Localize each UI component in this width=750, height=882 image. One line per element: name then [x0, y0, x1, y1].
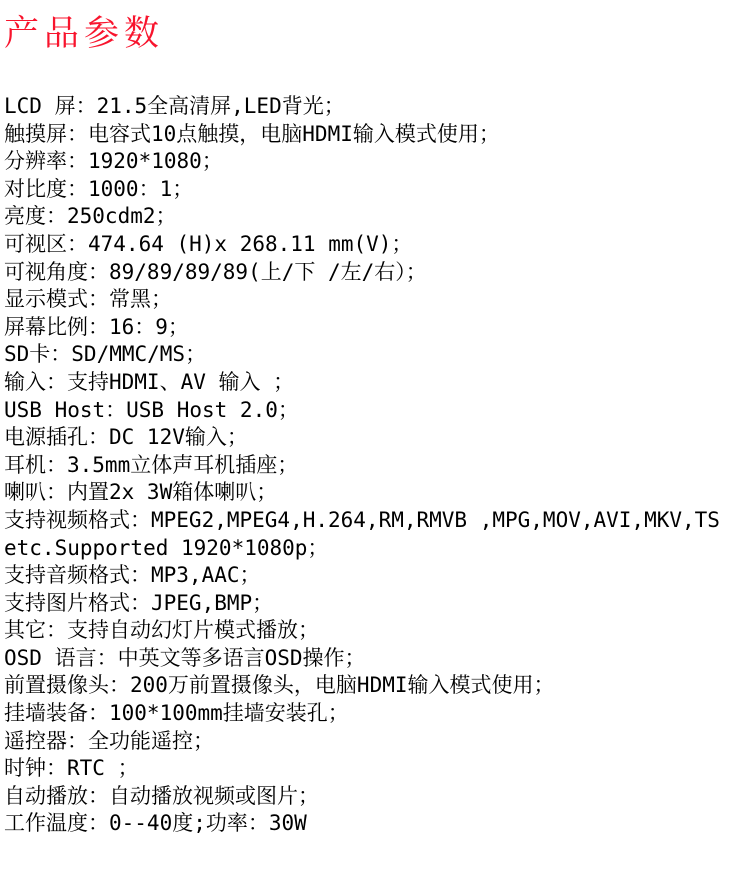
spec-line: OSD 语言：中英文等多语言OSD操作；	[4, 645, 744, 673]
spec-line: 亮度：250cdm2；	[4, 203, 744, 231]
spec-line: 时钟：RTC ；	[4, 755, 744, 783]
spec-line: 工作温度：0--40度;功率：30W	[4, 810, 744, 838]
spec-line: 可视角度：89/89/89/89(上/下 /左/右）；	[4, 259, 744, 287]
spec-line: USB Host：USB Host 2.0；	[4, 397, 744, 425]
spec-line: 显示模式：常黑；	[4, 286, 744, 314]
product-parameters-page: 产品参数 LCD 屏：21.5全高清屏,LED背光；触摸屏：电容式10点触摸，电…	[0, 0, 750, 882]
page-title: 产品参数	[4, 12, 744, 55]
spec-line: 其它：支持自动幻灯片模式播放；	[4, 617, 744, 645]
spec-line: 分辨率：1920*1080；	[4, 148, 744, 176]
spec-line: LCD 屏：21.5全高清屏,LED背光；	[4, 93, 744, 121]
spec-line: SD卡：SD/MMC/MS；	[4, 341, 744, 369]
spec-line: 可视区：474.64 (H)x 268.11 mm(V)；	[4, 231, 744, 259]
spec-line: 屏幕比例：16：9；	[4, 314, 744, 342]
spec-line: 前置摄像头：200万前置摄像头，电脑HDMI输入模式使用；	[4, 672, 744, 700]
spec-line: 对比度：1000：1；	[4, 176, 744, 204]
spec-line: 电源插孔：DC 12V输入；	[4, 424, 744, 452]
spec-line: 自动播放：自动播放视频或图片；	[4, 783, 744, 811]
spec-line: 挂墙装备：100*100mm挂墙安装孔；	[4, 700, 744, 728]
spec-list: LCD 屏：21.5全高清屏,LED背光；触摸屏：电容式10点触摸，电脑HDMI…	[4, 93, 744, 838]
spec-line: 遥控器：全功能遥控；	[4, 728, 744, 756]
spec-line: 输入：支持HDMI、AV 输入 ；	[4, 369, 744, 397]
spec-line: 支持图片格式：JPEG,BMP；	[4, 590, 744, 618]
spec-line: 支持视频格式：MPEG2,MPEG4,H.264,RM,RMVB ,MPG,MO…	[4, 507, 744, 535]
spec-line: etc.Supported 1920*1080p；	[4, 535, 744, 563]
spec-line: 耳机：3.5mm立体声耳机插座；	[4, 452, 744, 480]
spec-line: 支持音频格式：MP3,AAC；	[4, 562, 744, 590]
spec-line: 触摸屏：电容式10点触摸，电脑HDMI输入模式使用；	[4, 121, 744, 149]
spec-line: 喇叭：内置2x 3W箱体喇叭；	[4, 479, 744, 507]
